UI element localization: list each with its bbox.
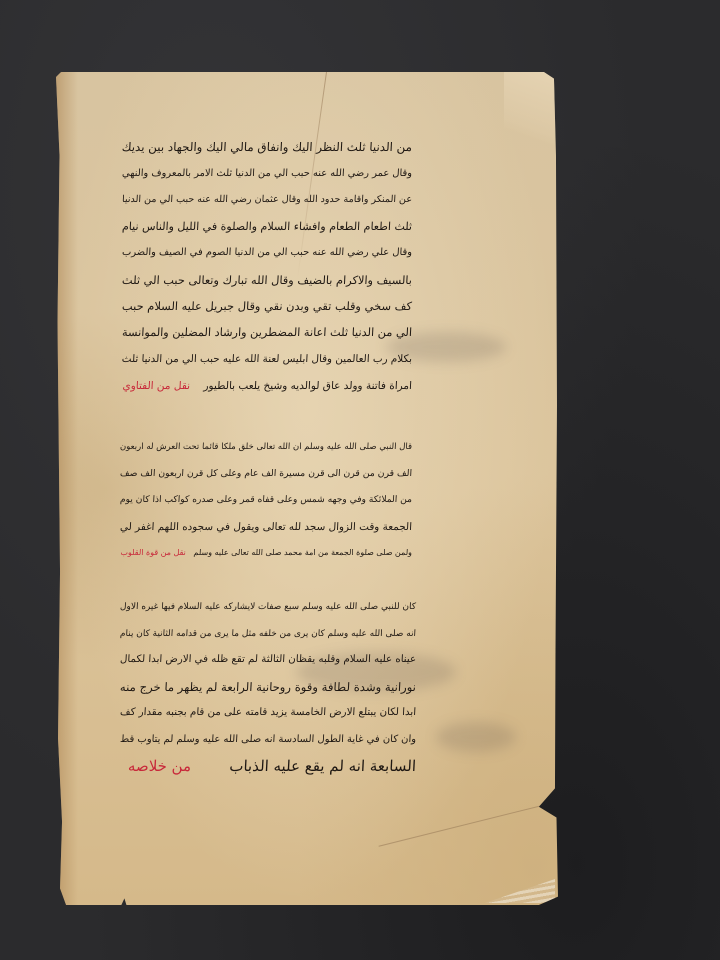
- paragraph-3: كان للنبي صلى الله عليه وسلم سبع صفات لا…: [120, 594, 416, 780]
- text-line: السابعة انه لم يقع عليه الذباب من خلاصه: [119, 753, 416, 780]
- text-line: ابدا لكان يبتلع الارض الخامسة يزيد قامته…: [119, 700, 416, 727]
- source-rubric: نقل من قوة القلوب: [120, 548, 186, 557]
- text-line: وقال عمر رضي الله عنه حبب الي من الدنيا …: [121, 161, 412, 188]
- manuscript-page: من الدنيا ثلث النظر اليك وانفاق مالي الي…: [56, 72, 559, 905]
- text-line: بالسيف والاكرام بالضيف وقال الله تبارك و…: [121, 267, 412, 294]
- text-line: امراة فاتنة وولد عاق لوالديه وشيخ يلعب ب…: [121, 373, 412, 400]
- paper-crease-bottom: [379, 802, 554, 847]
- text-line: ولمن صلى صلوة الجمعة من امة محمد صلى الل…: [119, 540, 412, 567]
- text-line: قال النبي صلى الله عليه وسلم ان الله تعا…: [119, 434, 412, 461]
- text-line: الجمعة وقت الزوال سجد لله تعالى ويقول في…: [119, 514, 412, 541]
- text-line: الي من الدنيا ثلث اعانة المضطرين وارشاد …: [121, 320, 412, 347]
- text-line: من الدنيا ثلث النظر اليك وانفاق مالي الي…: [121, 134, 412, 161]
- text-line: عن المنكر واقامة حدود الله وقال عثمان رض…: [121, 187, 412, 214]
- source-rubric: من خلاصه: [127, 757, 191, 775]
- text-line: من الملائكة وفي وجهه شمس وعلى قفاه قمر و…: [119, 487, 412, 514]
- text-line: نورانية وشدة لطافة وقوة روحانية الرابعة …: [119, 674, 416, 701]
- source-rubric: نقل من الفتاوي: [122, 380, 190, 392]
- paragraph-1: من الدنيا ثلث النظر اليك وانفاق مالي الي…: [122, 134, 412, 399]
- edge-stain: [56, 72, 78, 905]
- frayed-page-layers: [485, 873, 555, 903]
- text-line-content: امراة فاتنة وولد عاق لوالديه وشيخ يلعب ب…: [203, 380, 412, 392]
- text-line-content: ولمن صلى صلوة الجمعة من امة محمد صلى الل…: [193, 548, 412, 557]
- text-line: عيناه عليه السلام وقلبه يقظان الثالثة لم…: [119, 647, 416, 674]
- paragraph-2: قال النبي صلى الله عليه وسلم ان الله تعا…: [120, 434, 412, 567]
- text-line: وقال علي رضي الله عنه حبب الي من الدنيا …: [121, 240, 412, 267]
- text-line: كف سخي وقلب تقي وبدن نقي وقال جبريل عليه…: [121, 293, 412, 320]
- text-line: وان كان في غاية الطول السادسة انه صلى ال…: [119, 727, 416, 754]
- text-line: كان للنبي صلى الله عليه وسلم سبع صفات لا…: [119, 594, 416, 621]
- text-line: ثلث اطعام الطعام وافشاء السلام والصلوة ف…: [121, 214, 412, 241]
- ink-smudge: [436, 722, 516, 752]
- text-line: انه صلى الله عليه وسلم كان يرى من خلفه م…: [119, 621, 416, 648]
- text-line-content: السابعة انه لم يقع عليه الذباب: [229, 757, 417, 775]
- text-line: بكلام رب العالمين وقال ابليس لعنة الله ع…: [121, 346, 412, 373]
- text-line: الف قرن من قرن الى قرن مسيرة الف عام وعل…: [119, 461, 412, 488]
- corner-fold: [504, 72, 559, 162]
